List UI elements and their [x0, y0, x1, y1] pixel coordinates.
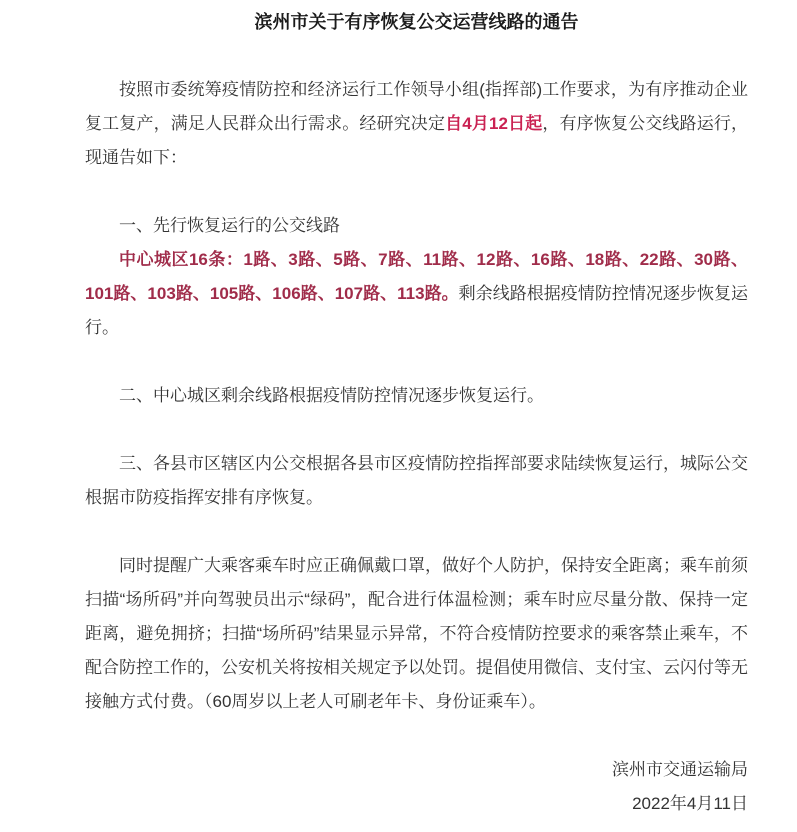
document-title: 滨州市关于有序恢复公交运营线路的通告	[85, 5, 748, 39]
date: 2022年4月11日	[85, 787, 748, 821]
section-1-heading: 一、先行恢复运行的公交线路	[85, 209, 748, 243]
notice-document: { "colors": { "page_bg": "#ffffff", "tit…	[0, 0, 797, 832]
section-1-routes-paragraph: 中心城区16条：1路、3路、5路、7路、11路、12路、16路、18路、22路、…	[85, 243, 748, 345]
reminder-paragraph: 同时提醒广大乘客乘车时应正确佩戴口罩，做好个人防护，保持安全距离；乘车前须扫描“…	[85, 549, 748, 719]
section-3-paragraph: 三、各县市区辖区内公交根据各县市区疫情防控指挥部要求陆续恢复运行，城际公交根据市…	[85, 447, 748, 515]
intro-paragraph: 按照市委统筹疫情防控和经济运行工作领导小组(指挥部)工作要求，为有序推动企业复工…	[85, 73, 748, 175]
effective-date-highlight: 自4月12日起	[445, 114, 542, 133]
section-2-paragraph: 二、中心城区剩余线路根据疫情防控情况逐步恢复运行。	[85, 379, 748, 413]
signature: 滨州市交通运输局	[85, 753, 748, 787]
